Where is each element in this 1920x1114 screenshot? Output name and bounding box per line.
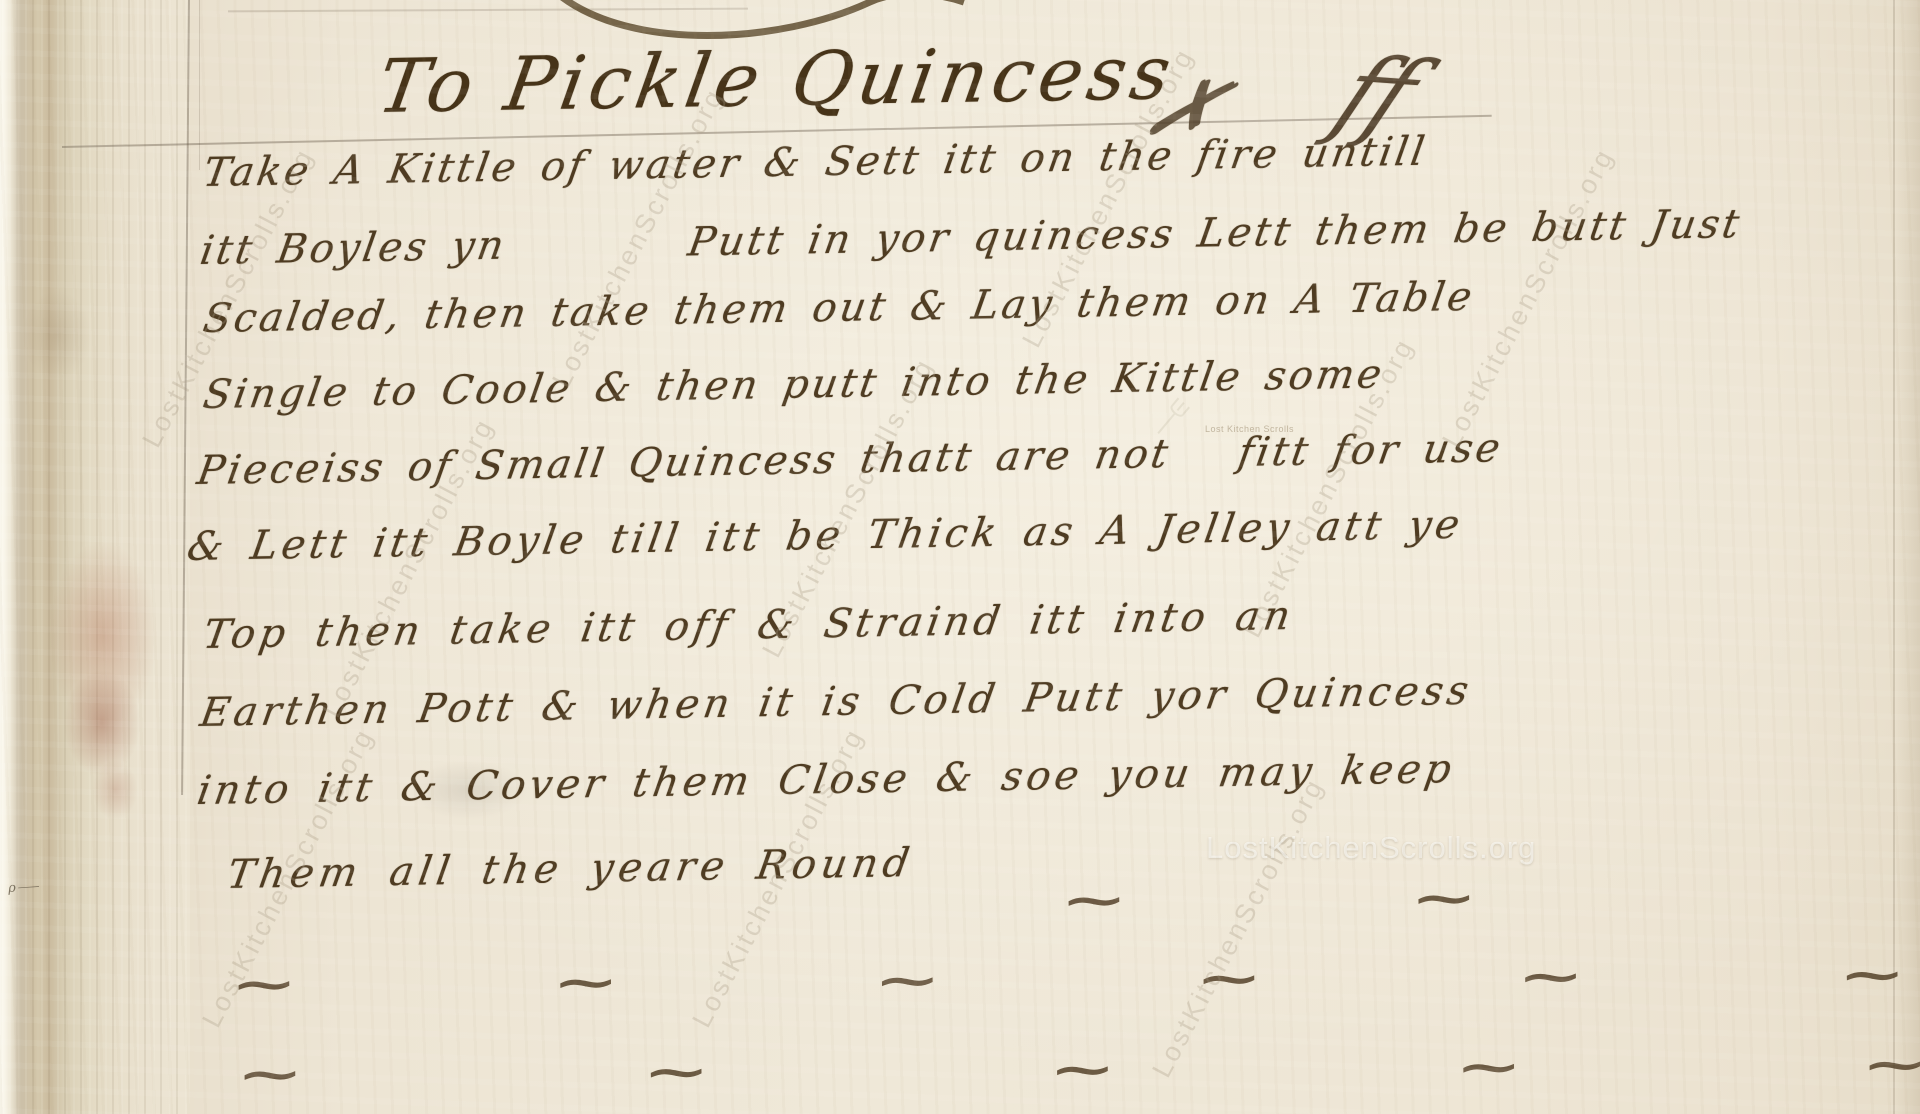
ruled-line-top [228,8,748,13]
recipe-line-4: Single to Coole & then putt into the Kit… [200,351,1388,418]
diagonal-watermark: LostKitchenScrolls.org [1146,773,1330,1083]
manuscript-page: To Pickle Quincess ✗ ﬀ Take A Kittle of … [0,0,1920,1114]
line-filler-squiggles: ~ ~ [1059,870,1478,927]
recipe-line-6: & Lett itt Boyle till itt be Thick as A … [184,502,1467,570]
line-filler-row: ~ ~ ~ ~ ~ ~ ~ [235,1032,1920,1101]
recipe-line-5: Pieceiss of Small Quincess thatt are not… [194,425,1506,494]
margin-rule-left-inner [199,0,200,170]
fork-watermark-label: Lost Kitchen Scrolls [1205,424,1294,434]
site-watermark: LostKitchenScrolls.org [1206,830,1536,866]
recipe-line-9: into itt & Cover them Close & soe you ma… [194,746,1458,814]
recipe-line-1: Take A Kittle of water & Sett itt on the… [200,129,1431,196]
book-spine-edge [0,0,190,1114]
recipe-line-8: Earthen Pott & when it is Cold Putt yor … [197,668,1476,736]
line-filler-row: ~ ~ ~ ~ ~ ~ ~ ~ [229,943,1920,1011]
recipe-line-7: Top then take itt off & Straind itt into… [200,593,1297,658]
recipe-title: To Pickle Quincess [372,30,1181,130]
margin-pencil-note: ρ⸺ [7,875,40,896]
recipe-line-3: Scalded, then take them out & Lay them o… [200,274,1478,342]
recipe-line-10: Them all the yeare Round [224,840,917,898]
recipe-line-2: itt Boyles yn Putt in yor quincess Lett … [197,201,1745,274]
